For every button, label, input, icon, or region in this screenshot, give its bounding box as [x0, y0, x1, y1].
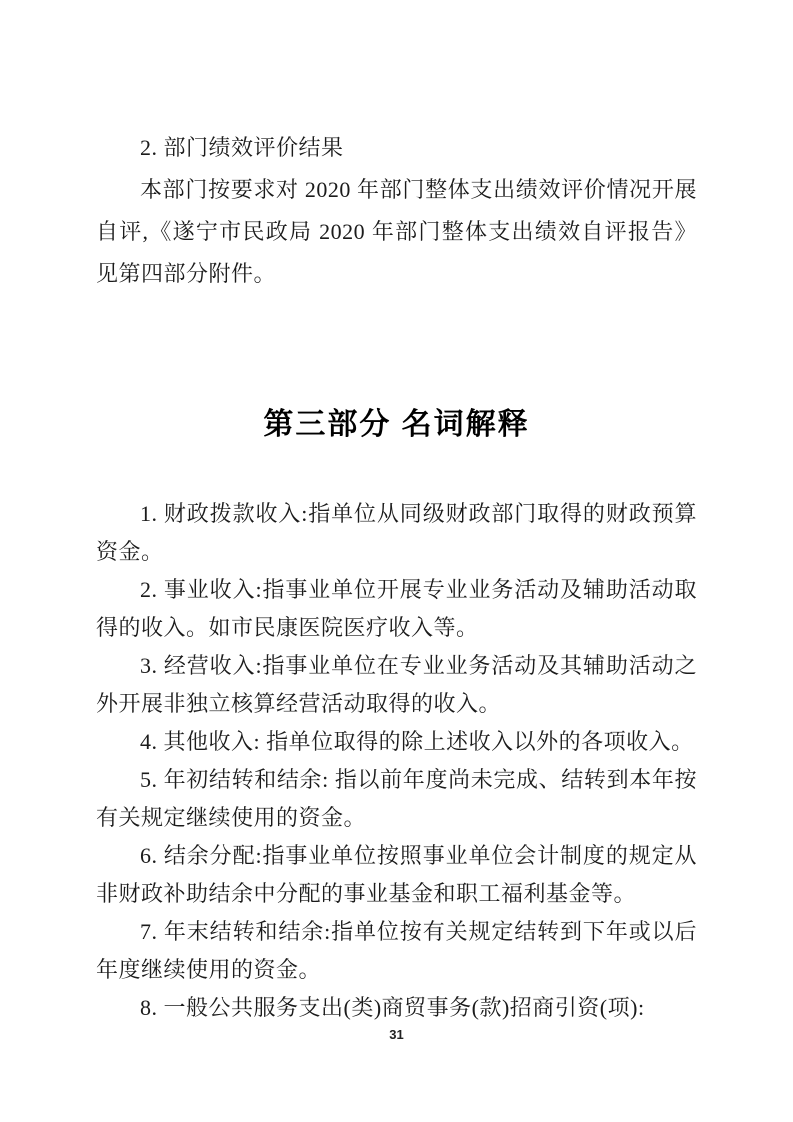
document-page: 2. 部门绩效评价结果 本部门按要求对 2020 年部门整体支出绩效评价情况开展… [0, 0, 793, 1122]
subsection-heading: 2. 部门绩效评价结果 [96, 127, 697, 169]
intro-paragraph: 本部门按要求对 2020 年部门整体支出绩效评价情况开展自评,《遂宁市民政局 2… [96, 169, 697, 295]
page-number: 31 [0, 1027, 793, 1042]
definition-item-1: 1. 财政拨款收入:指单位从同级财政部门取得的财政预算资金。 [96, 495, 697, 571]
definitions-list: 1. 财政拨款收入:指单位从同级财政部门取得的财政预算资金。 2. 事业收入:指… [96, 495, 697, 1027]
definition-item-8: 8. 一般公共服务支出(类)商贸事务(款)招商引资(项): [96, 989, 697, 1027]
definition-item-4: 4. 其他收入: 指单位取得的除上述收入以外的各项收入。 [96, 723, 697, 761]
definition-item-7: 7. 年末结转和结余:指单位按有关规定结转到下年或以后年度继续使用的资金。 [96, 913, 697, 989]
section-title: 第三部分 名词解释 [96, 401, 697, 449]
definition-item-2: 2. 事业收入:指事业单位开展专业业务活动及辅助活动取得的收入。如市民康医院医疗… [96, 571, 697, 647]
definition-item-6: 6. 结余分配:指事业单位按照事业单位会计制度的规定从非财政补助结余中分配的事业… [96, 837, 697, 913]
definition-item-5: 5. 年初结转和结余: 指以前年度尚未完成、结转到本年按有关规定继续使用的资金。 [96, 761, 697, 837]
definition-item-3: 3. 经营收入:指事业单位在专业业务活动及其辅助活动之外开展非独立核算经营活动取… [96, 647, 697, 723]
